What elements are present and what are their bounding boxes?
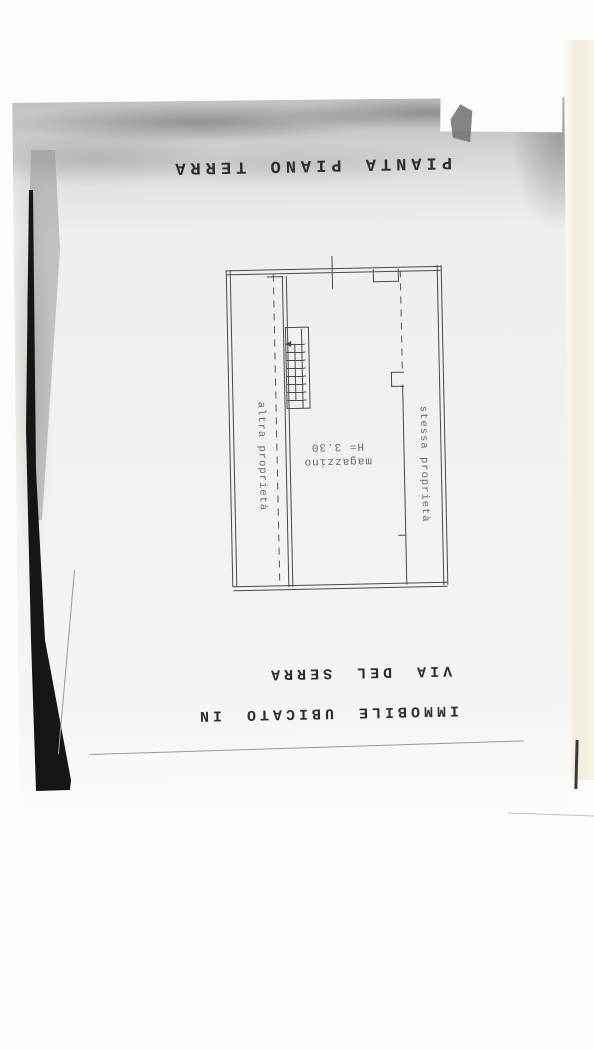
room-wall-right — [402, 385, 407, 585]
room-label: magazzino H= 3.30 — [281, 437, 394, 469]
page-bottom-edge — [508, 812, 594, 816]
label-same-property: stessa proprietà — [416, 404, 433, 524]
wall-stub-top-left — [267, 276, 283, 277]
location-line-2: VIA DEL SERRA — [214, 649, 505, 695]
location-text: IMMOBILE UBICATO IN VIA DEL SERRA — [197, 649, 489, 735]
wall-bottom — [233, 582, 447, 591]
sheet-frame-right-mark — [574, 740, 578, 789]
wall-tick — [398, 535, 405, 536]
floor-plan: altra proprietà stessa proprietà magazzi… — [220, 254, 459, 601]
property-boundary-left-dashed — [273, 274, 281, 585]
room-name: magazzino — [282, 452, 394, 469]
wall-top-recess — [373, 269, 399, 283]
room-wall-left — [282, 276, 294, 587]
stairs-arrow-head-icon — [285, 341, 291, 347]
label-other-property: altra proprietà — [253, 402, 269, 508]
property-boundary-right-dashed — [400, 271, 403, 372]
stairs-treads — [286, 344, 306, 402]
location-line-1: IMMOBILE UBICATO IN — [182, 689, 473, 735]
room-height: H= 3.30 — [281, 437, 393, 454]
wall-right-outer — [437, 265, 449, 585]
wall-left-outer — [226, 270, 238, 587]
scanned-document: PIANTA PIANO TERRA altra proprietà stess… — [0, 0, 594, 1050]
wall-top — [226, 266, 441, 276]
